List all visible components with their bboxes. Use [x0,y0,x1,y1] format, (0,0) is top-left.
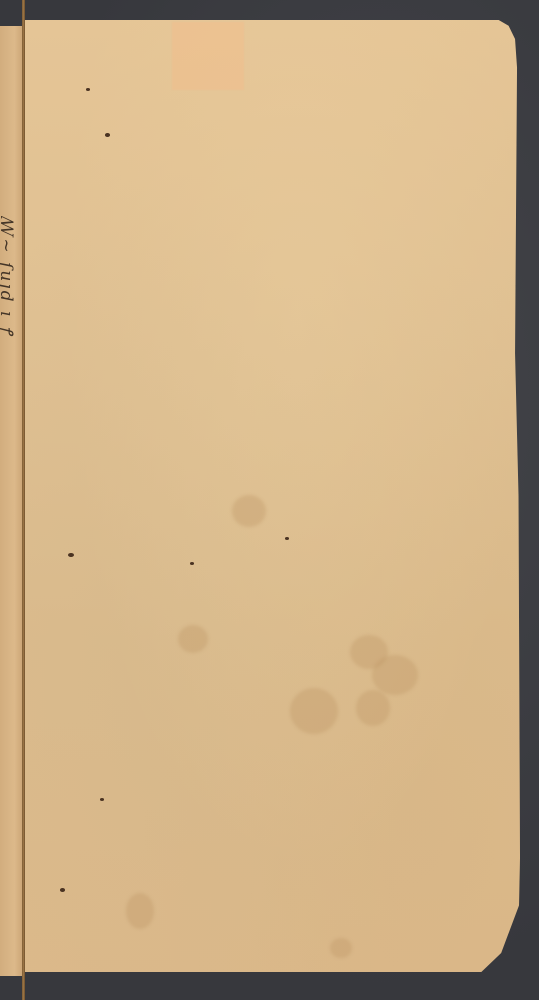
water-stain [178,625,208,653]
water-stain [126,893,154,929]
book-gutter [22,0,25,1000]
ink-speck [285,537,289,540]
ink-speck [105,133,110,137]
water-stain [330,938,352,958]
water-stain [232,495,266,527]
water-stain [372,655,418,695]
water-stain [290,688,338,734]
margin-handwriting: ꟿ~ ſuȷd ı ꝭ [0,216,18,436]
ink-speck [60,888,65,892]
blank-page [25,20,521,972]
ink-speck [86,88,90,91]
ink-speck [190,562,194,565]
water-stain [356,690,390,726]
tape-residue [172,22,244,90]
ink-speck [100,798,104,801]
facing-page-strip: ꟿ~ ſuȷd ı ꝭ [0,26,24,976]
